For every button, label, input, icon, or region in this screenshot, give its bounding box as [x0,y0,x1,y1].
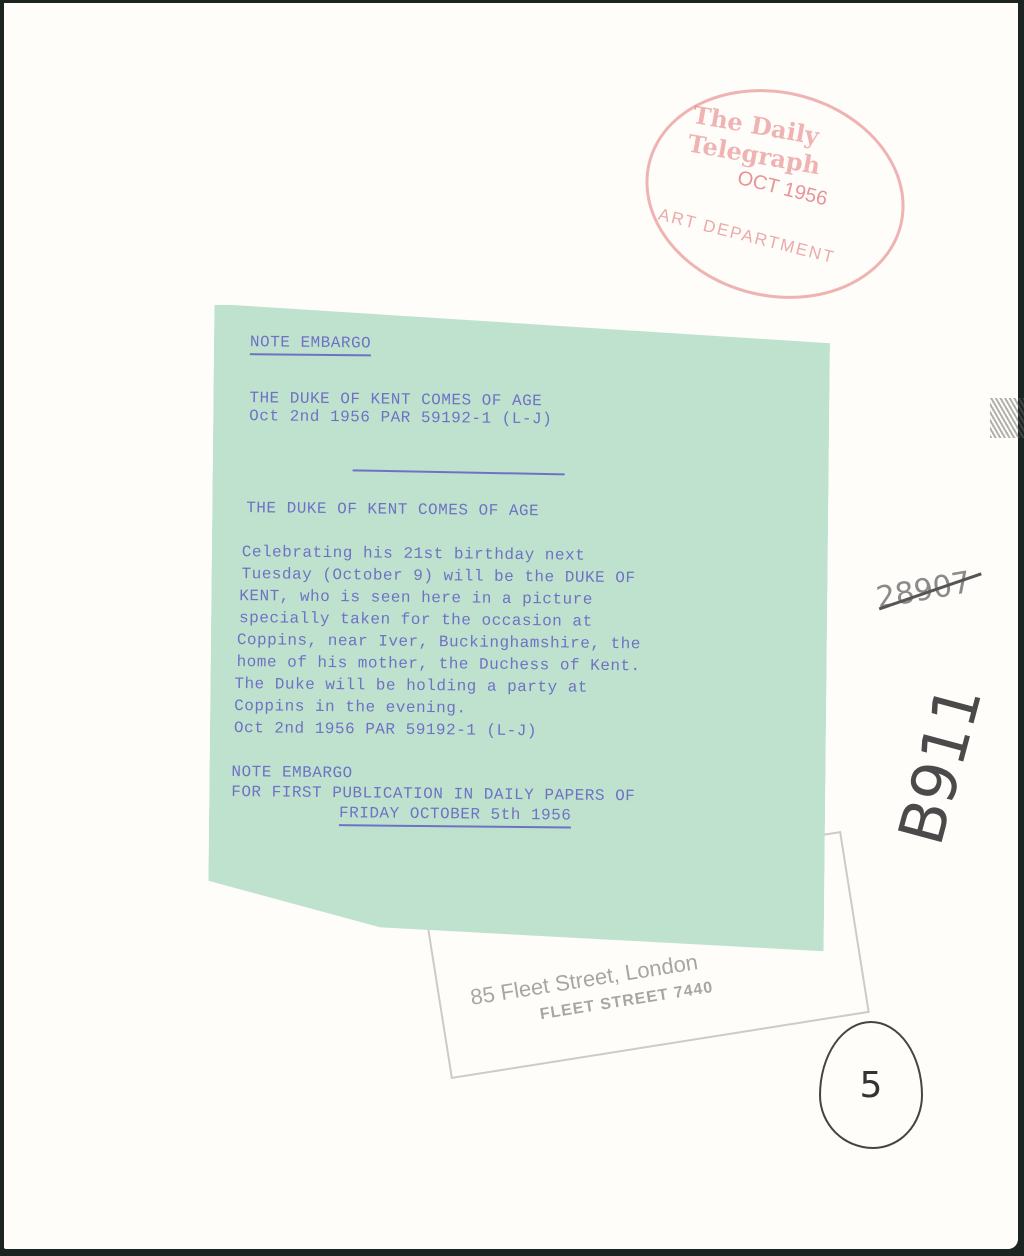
stamp-department: ART DEPARTMENT [656,205,837,268]
pencil-smudge [990,398,1024,438]
body-ref: Oct 2nd 1956 PAR 59192-1 (L-J) [234,719,537,740]
caption-slip: NOTE EMBARGO THE DUKE OF KENT COMES OF A… [208,305,831,951]
divider [353,469,565,475]
body-line: Tuesday (October 9) will be the DUKE OF [241,565,635,587]
photo-back: The Daily Telegraph OCT 1956 ART DEPARTM… [4,3,1018,1249]
body-line: home of his mother, the Duchess of Kent. [237,653,641,675]
body-line: KENT, who is seen here in a picture [239,587,593,609]
struck-number: 28907 [874,565,974,616]
subtitle: THE DUKE OF KENT COMES OF AGE [246,499,539,520]
body-line: Coppins in the evening. [234,697,467,717]
daily-telegraph-stamp: The Daily Telegraph OCT 1956 ART DEPARTM… [623,62,927,325]
header-note: NOTE EMBARGO [250,333,371,356]
body-line: Coppins, near Iver, Buckinghamshire, the [237,631,641,653]
footer-note: NOTE EMBARGO [231,763,352,782]
circled-number: 5 [819,1021,923,1149]
body-line: Celebrating his 21st birthday next [242,543,586,565]
body-line: specially taken for the occasion at [239,609,593,631]
pencil-reference: B911 [884,678,996,852]
embargo-date: FRIDAY OCTOBER 5th 1956 [339,804,572,828]
embargo-line: FOR FIRST PUBLICATION IN DAILY PAPERS OF [231,783,635,805]
body-line: The Duke will be holding a party at [234,675,588,697]
ref-line: Oct 2nd 1956 PAR 59192-1 (L-J) [249,407,552,428]
